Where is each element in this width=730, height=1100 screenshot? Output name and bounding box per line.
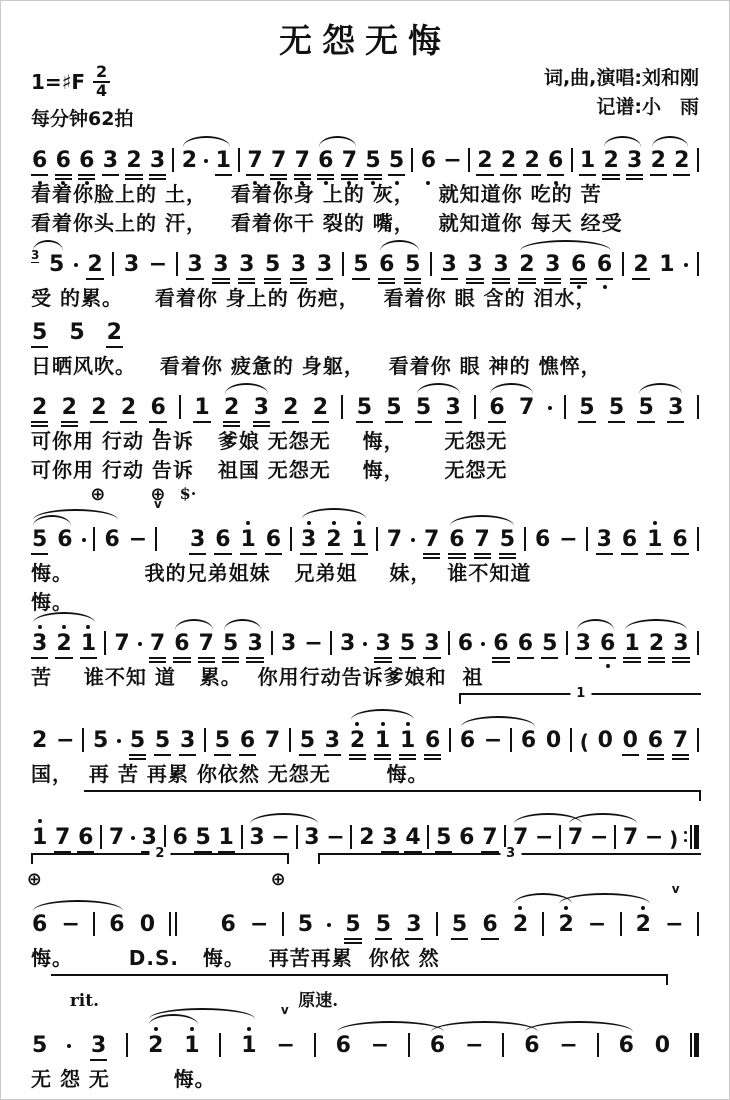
note: 3: [374, 633, 391, 655]
note: 3: [253, 397, 270, 419]
slur: [224, 619, 261, 630]
note: 4: [404, 827, 421, 849]
note: 2: [650, 150, 667, 172]
note: 7: [294, 150, 311, 172]
note: 6: [31, 914, 48, 936]
note: 1: [579, 150, 596, 172]
octave-dot-low: [606, 664, 610, 668]
note: 1: [351, 529, 368, 551]
note-digit: 3: [300, 529, 317, 551]
note-digit: 1: [31, 827, 48, 849]
barline: [176, 252, 178, 276]
note: 3: [466, 254, 483, 276]
note-digit: 7: [386, 529, 403, 551]
note: 2: [90, 397, 107, 419]
note-digit: 6: [458, 827, 475, 849]
note-digit: 3: [441, 254, 458, 276]
note: 5: [388, 150, 405, 172]
octave-dot-high: [518, 906, 522, 910]
slur: [175, 619, 213, 630]
parenthesis: (: [580, 732, 589, 752]
note-digit: 2: [358, 827, 375, 849]
lyric-line: 受 的累。 看着你 身上的 伤疤， 看着你 眼 含的 泪水，: [31, 287, 699, 310]
note-digit: 2: [282, 397, 299, 419]
note-digit: 6: [547, 150, 564, 172]
slur: [652, 136, 688, 147]
note: 1: [646, 529, 663, 551]
note-digit: 7: [246, 150, 263, 172]
note: 3: [179, 730, 196, 752]
barline: [350, 825, 352, 849]
key-tempo-block: 1= ♯F 2 4 每分钟62拍: [31, 64, 133, 131]
barline: [559, 825, 561, 849]
note: 2: [635, 914, 652, 936]
octave-dot-high: [247, 1027, 251, 1031]
note-digit: 1: [183, 1035, 200, 1057]
note-digit: 6: [219, 914, 236, 936]
dash-note: −: [304, 633, 322, 655]
note: 3: [212, 254, 229, 276]
note: 2: [86, 254, 103, 276]
note-digit: 2: [125, 150, 142, 172]
lyric-line: 看着你脸上的 土， 看着你身 上的 灰， 就知道你 吃的 苦: [31, 183, 699, 206]
note: 2: [55, 633, 72, 655]
barline: [100, 825, 102, 849]
note: 2: [500, 150, 517, 172]
note: 5: [608, 397, 625, 419]
note-digit: 5: [415, 397, 432, 419]
note-digit: 2: [312, 397, 329, 419]
barline: [219, 1033, 221, 1057]
note-digit: 5: [214, 730, 231, 752]
dash-note: −: [559, 529, 577, 551]
tempo-annotation: 原速.: [298, 993, 338, 1010]
octave-dot-high: [86, 625, 90, 629]
note: 1: [215, 150, 232, 172]
note-digit: 3: [90, 1035, 107, 1057]
note-digit: 1: [215, 150, 232, 172]
note-digit: 1: [623, 633, 640, 655]
note-digit: 7: [264, 730, 281, 752]
note: 7: [113, 633, 130, 655]
barline: [697, 395, 699, 419]
notation-system-6: 12−55535675321166−60(0067国， 再 苦 再累 你依然 无…: [31, 693, 699, 786]
note-digit: 0: [622, 730, 639, 752]
lyric-line: 看着你头上的 汗， 看着你干 裂的 嘴， 就知道你 每天 经受: [31, 212, 699, 235]
note: 6: [173, 633, 190, 655]
note-digit: 7: [474, 529, 491, 551]
note: 6: [492, 633, 509, 655]
augmentation-dot: [131, 836, 135, 840]
barline: [204, 728, 206, 752]
note: 2: [673, 150, 690, 172]
note-digit: 6: [429, 1035, 446, 1057]
note-digit: 3: [575, 633, 592, 655]
note-digit: 1: [80, 633, 97, 655]
note: 6: [448, 529, 465, 551]
note-digit: 7: [341, 150, 358, 172]
barline: [510, 728, 512, 752]
note: 5: [499, 529, 516, 551]
barline: [93, 527, 95, 551]
note-digit: 5: [299, 730, 316, 752]
note: 7: [518, 397, 535, 419]
note: 6: [596, 254, 613, 276]
note: 3: [316, 254, 333, 276]
note: 1: [658, 254, 675, 276]
octave-dot-low: [277, 181, 281, 185]
note: 2: [476, 150, 493, 172]
note-digit: 2: [147, 1035, 164, 1057]
notation-line: 6663232177767556−222612322: [31, 144, 699, 172]
note: 0: [545, 730, 562, 752]
breath-mark-icon: v: [154, 498, 162, 510]
octave-dot-high: [357, 521, 361, 525]
note: 2: [523, 150, 540, 172]
octave-dot-low: [253, 181, 257, 185]
notation-line: 3217767533−3353666536123: [31, 627, 699, 655]
note-digit: 2: [632, 254, 649, 276]
note-digit: 3: [324, 730, 341, 752]
note: 5: [352, 254, 369, 276]
note: 3: [324, 730, 341, 752]
dash-note: −: [645, 827, 663, 849]
dash-note: −: [276, 1035, 294, 1057]
note: 5: [451, 914, 468, 936]
dash-note: −: [535, 827, 553, 849]
note: 3: [246, 633, 263, 655]
note: 5: [31, 322, 48, 344]
note: 3: [667, 397, 684, 419]
note-digit: 3: [31, 633, 48, 655]
header: 1= ♯F 2 4 每分钟62拍 词,曲,演唱:刘和刚 记谱:小 雨: [31, 64, 699, 131]
annotation-layer: 23⊕⊕v: [31, 853, 699, 895]
barline: [290, 527, 292, 551]
key-accidental: ♯F: [62, 70, 85, 94]
note: 3: [31, 633, 48, 655]
note: 5: [92, 730, 109, 752]
note-digit: 2: [500, 150, 517, 172]
barline: [436, 912, 438, 936]
note: 6: [647, 730, 664, 752]
lyric-line: 悔。: [31, 591, 699, 614]
barline: [282, 912, 284, 936]
note-digit: 2: [635, 914, 652, 936]
note: 6: [214, 529, 231, 551]
note-digit: 7: [672, 730, 689, 752]
note-digit: 7: [113, 633, 130, 655]
repeat-dot: [684, 831, 687, 834]
slur: [431, 1021, 538, 1032]
dash-note: −: [129, 529, 147, 551]
notation-line: 6−606−55535622−2−: [31, 908, 699, 936]
dash-note: −: [484, 730, 502, 752]
note: 6: [523, 1035, 540, 1057]
octave-dot-low: [156, 428, 160, 432]
note-digit: 6: [492, 633, 509, 655]
note: 6: [265, 529, 282, 551]
barline: [622, 252, 624, 276]
lyric-line: 可你用 行动 告诉 爹娘 无怨无 悔， 无怨无: [31, 430, 699, 453]
note-digit: 7: [270, 150, 287, 172]
note: 1: [399, 730, 416, 752]
note-digit: 3: [303, 827, 320, 849]
barline: [241, 825, 243, 849]
note: 1: [240, 529, 257, 551]
note: 6: [78, 150, 95, 172]
note-digit: 3: [492, 254, 509, 276]
note: 6: [424, 730, 441, 752]
barline: [502, 1033, 504, 1057]
note-digit: 6: [265, 529, 282, 551]
note-digit: 5: [264, 254, 281, 276]
note-digit: 5: [435, 827, 452, 849]
note-digit: 0: [597, 730, 614, 752]
note: 6: [378, 254, 395, 276]
note: 0: [654, 1035, 671, 1057]
note-digit: 2: [523, 150, 540, 172]
note: 7: [423, 529, 440, 551]
note-digit: 6: [56, 529, 73, 551]
note-digit: 5: [92, 730, 109, 752]
note: 1: [623, 633, 640, 655]
note-digit: 5: [48, 254, 65, 276]
lyric-line: 苦 谁不知 道 累。 你用行动告诉爹娘和 祖: [31, 666, 699, 689]
barline: [271, 631, 273, 655]
note-digit: 7: [198, 633, 215, 655]
note: 7: [386, 529, 403, 551]
note-digit: 3: [123, 254, 140, 276]
note: 6: [520, 730, 537, 752]
note-digit: 5: [578, 397, 595, 419]
coda-icon: ⊕: [27, 871, 42, 889]
barline: [82, 728, 84, 752]
note-digit: 5: [385, 397, 402, 419]
note: 6: [547, 150, 564, 172]
dash-note: −: [590, 827, 608, 849]
octave-dot-low: [426, 181, 430, 185]
note: 1: [193, 397, 210, 419]
note-digit: 2: [31, 730, 48, 752]
note: 5: [31, 1035, 48, 1057]
dash-note: −: [371, 1035, 389, 1057]
volta-bracket: 3: [318, 853, 701, 864]
note-digit: 3: [626, 150, 643, 172]
note-digit: 5: [297, 914, 314, 936]
breath-mark-icon: v: [672, 883, 680, 895]
barline: [93, 912, 95, 936]
octave-dot-high: [307, 521, 311, 525]
notation-line: 3523−333533565333236621: [31, 248, 699, 276]
note-digit: 2: [223, 397, 240, 419]
octave-dot-high: [154, 1027, 158, 1031]
note: 2: [31, 730, 48, 752]
note: 3: [189, 529, 206, 551]
note: 2: [358, 827, 375, 849]
slur: [319, 136, 356, 147]
notation-system-4: ⊕⊕$·v566−3616321776756−3616悔。 我的兄弟姐妹 兄弟姐…: [31, 486, 699, 614]
note-digit: 2: [476, 150, 493, 172]
barline: [571, 148, 573, 172]
dash-note: −: [326, 827, 344, 849]
note-digit: 5: [352, 254, 369, 276]
note-digit: 3: [290, 254, 307, 276]
song-title: 无怨无悔: [31, 15, 699, 62]
note-digit: 3: [316, 254, 333, 276]
note: 5: [214, 730, 231, 752]
augmentation-dot: [138, 642, 142, 646]
slur: [33, 900, 123, 911]
note-digit: 6: [570, 254, 587, 276]
note: 6: [239, 730, 256, 752]
volta-number: 2: [149, 847, 170, 861]
slur: [577, 619, 614, 630]
note-digit: 6: [481, 914, 498, 936]
octave-dot-high: [38, 819, 42, 823]
note: 2: [602, 150, 619, 172]
pickup-notes-line: 552: [31, 318, 699, 344]
annotation-layer: 1: [31, 693, 699, 711]
note: 6: [77, 827, 94, 849]
octave-dot-low: [324, 181, 328, 185]
augmentation-dot: [548, 406, 552, 410]
volta-bracket: 1: [459, 693, 701, 704]
note: 7: [108, 827, 125, 849]
note: 3: [544, 254, 561, 276]
note-digit: 6: [108, 914, 125, 936]
note: 2: [325, 529, 342, 551]
note-digit: 5: [451, 914, 468, 936]
dash-note: −: [443, 150, 461, 172]
note-digit: 7: [294, 150, 311, 172]
note: 5: [375, 914, 392, 936]
key-prefix: 1=: [31, 70, 62, 94]
note-digit: 2: [349, 730, 366, 752]
tempo-marking: 每分钟62拍: [31, 104, 133, 131]
note-digit: 6: [77, 827, 94, 849]
slur: [33, 509, 118, 520]
note-digit: 2: [602, 150, 619, 172]
annotation-layer: rit.原速.v: [31, 974, 699, 1016]
dash-note: −: [149, 254, 167, 276]
barline: [468, 148, 470, 172]
meter-numerator: 2: [93, 64, 110, 83]
volta-bracket: [84, 790, 701, 801]
final-barline: [694, 825, 699, 849]
octave-dot-high: [355, 722, 359, 726]
note-digit: 6: [459, 730, 476, 752]
note: 6: [488, 397, 505, 419]
slur: [525, 1021, 633, 1032]
slur: [490, 383, 533, 394]
note-digit: 6: [420, 150, 437, 172]
note: 1: [183, 1035, 200, 1057]
slur: [569, 813, 637, 824]
final-barline: [690, 1033, 699, 1057]
note-digit: 2: [512, 914, 529, 936]
note-digit: 7: [54, 827, 71, 849]
repeat-dot: [684, 839, 687, 842]
barline: [690, 1033, 692, 1057]
note: 6: [103, 529, 120, 551]
time-signature: 2 4: [93, 64, 110, 100]
note: 5: [264, 254, 281, 276]
note-digit: 3: [280, 633, 297, 655]
note-digit: 5: [364, 150, 381, 172]
note-digit: 6: [149, 397, 166, 419]
barline: [155, 527, 157, 551]
note-digit: 3: [374, 633, 391, 655]
credit-authors: 词,曲,演唱:刘和刚: [544, 64, 699, 93]
note-digit: 5: [31, 322, 48, 344]
sheet-music-page: 无怨无悔 1= ♯F 2 4 每分钟62拍 词,曲,演唱:刘和刚 记谱:小 雨 …: [0, 0, 730, 1100]
slur: [625, 619, 687, 630]
augmentation-dot: [74, 263, 78, 267]
note: 6: [31, 150, 48, 172]
octave-dot-low: [38, 181, 42, 185]
note-digit: 6: [55, 150, 72, 172]
octave-dot-high: [641, 906, 645, 910]
note-digit: 1: [218, 827, 235, 849]
note-digit: 5: [356, 397, 373, 419]
note-digit: 6: [520, 730, 537, 752]
note: 3: [492, 254, 509, 276]
note-digit: 4: [404, 827, 421, 849]
note-digit: 5: [375, 914, 392, 936]
note: 7: [264, 730, 281, 752]
augmentation-dot: [67, 1044, 71, 1048]
barline: [524, 527, 526, 551]
note-digit: 1: [579, 150, 596, 172]
note: 7: [567, 827, 584, 849]
note: 3: [290, 254, 307, 276]
barline: [449, 728, 451, 752]
barline: [341, 395, 343, 419]
octave-dot-high: [564, 906, 568, 910]
note: 2: [61, 397, 78, 419]
note: 6: [420, 150, 437, 172]
octave-dot-low: [395, 181, 399, 185]
note-digit: 3: [667, 397, 684, 419]
note-digit: 3: [253, 397, 270, 419]
note: 2: [31, 397, 48, 419]
barline: [238, 148, 240, 172]
octave-dot-high: [653, 521, 657, 525]
note-digit: 5: [222, 633, 239, 655]
note: 6: [149, 397, 166, 419]
note-digit: 6: [424, 730, 441, 752]
note: 2: [648, 633, 665, 655]
note: 1: [240, 1035, 257, 1057]
note: 3: [248, 827, 265, 849]
note-digit: 6: [78, 150, 95, 172]
note: 5: [194, 827, 211, 849]
octave-dot-low: [554, 181, 558, 185]
octave-dot-high: [246, 521, 250, 525]
augmentation-dot: [82, 538, 86, 542]
note: 3: [149, 150, 166, 172]
barline: [597, 1033, 599, 1057]
note-digit: 6: [448, 529, 465, 551]
note: 3: [596, 529, 613, 551]
note: 2: [106, 322, 123, 344]
notation-line: 2−55535675321166−60(0067: [31, 724, 699, 752]
annotation-layer: ⊕⊕$·v: [31, 486, 699, 510]
note: 7: [341, 150, 358, 172]
slur: [639, 383, 682, 394]
note-digit: 2: [86, 254, 103, 276]
notation-line: 176736513−3−2345677−7−7−): [31, 821, 699, 849]
